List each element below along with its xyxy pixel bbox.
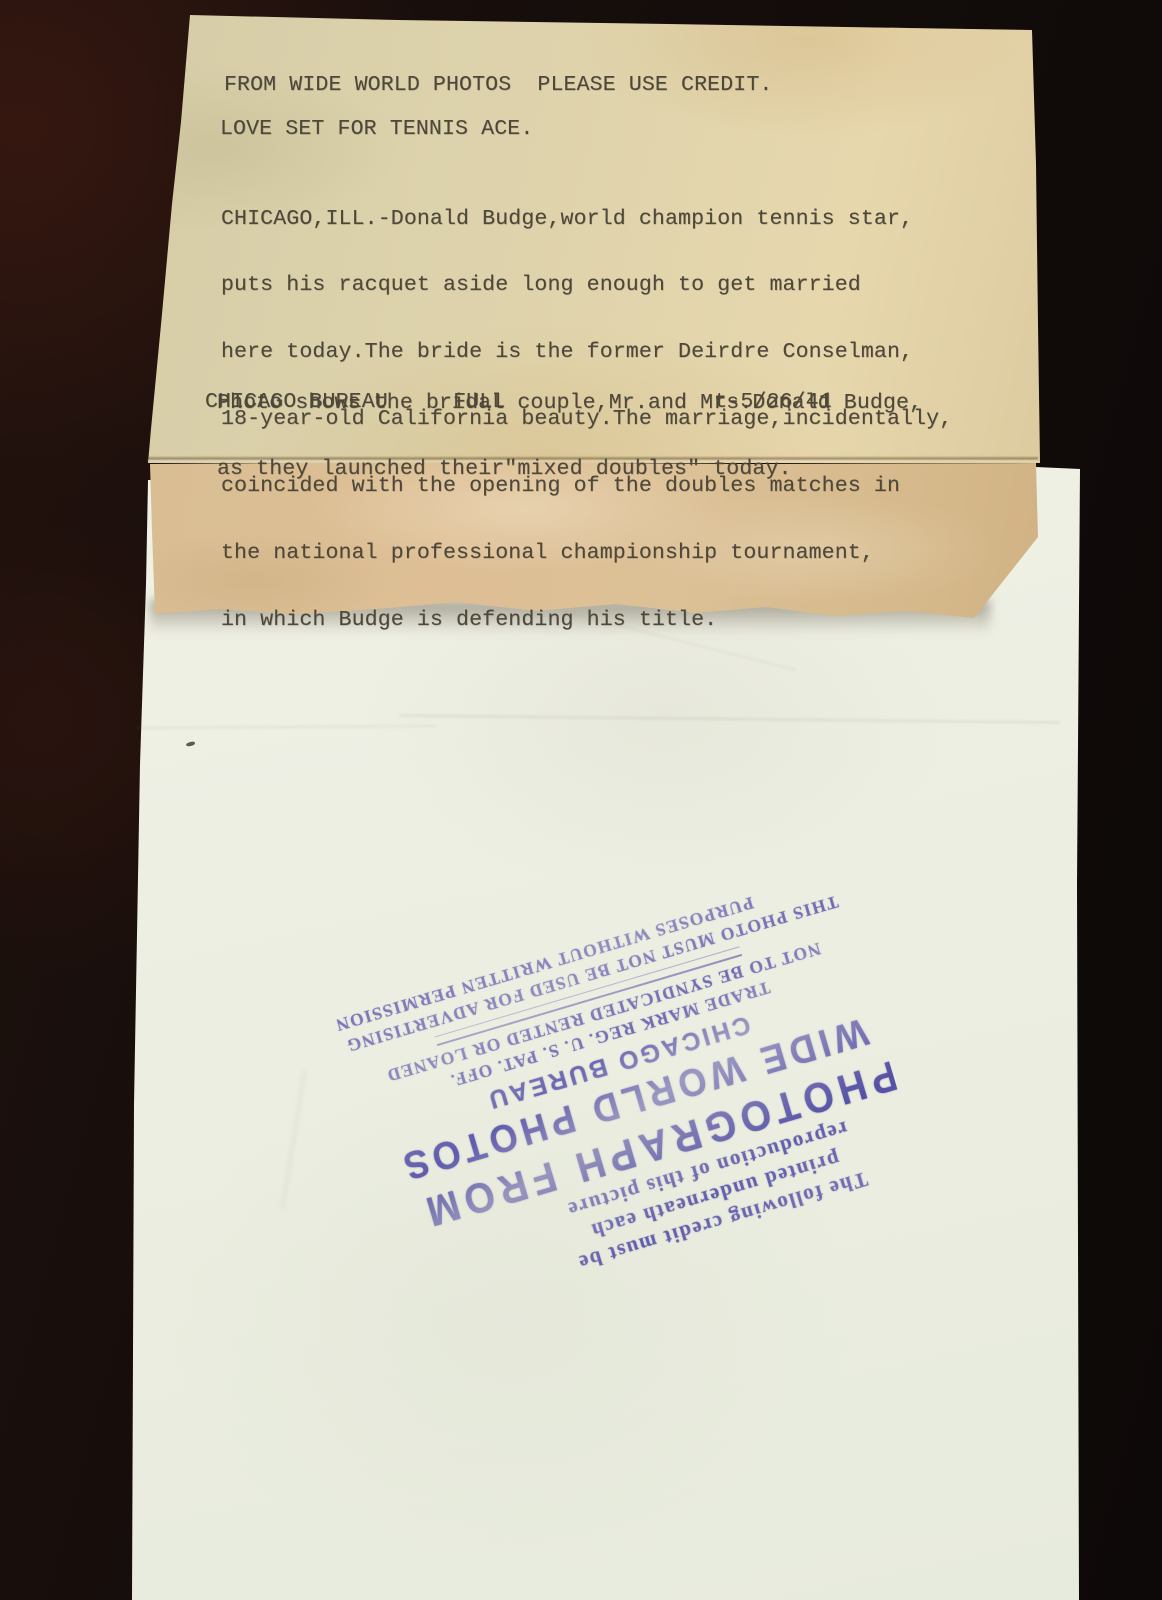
typed-photo-description: Photo shows the bridal couple,Mr.and Mrs… [217,347,922,525]
press-photo-verso: The following credit must be printed und… [0,0,1162,1600]
typed-body-line: CHICAGO,ILL.-Donald Budge,world champion… [221,208,952,230]
typed-body-line: puts his racquet aside long enough to ge… [221,274,952,296]
typed-body-line: the national professional championship t… [221,542,952,564]
typed-body-line: in which Budge is defending his title. [221,609,952,631]
typed-title-line: LOVE SET FOR TENNIS ACE. [220,118,533,140]
typed-bureau-footer-line: CHICAGO BUREAU FULL t-5/26/41 [205,391,832,413]
typed-credit-line: FROM WIDE WORLD PHOTOS PLEASE USE CREDIT… [224,74,772,96]
typed-photo-line: as they launched their"mixed doubles" to… [217,458,922,480]
